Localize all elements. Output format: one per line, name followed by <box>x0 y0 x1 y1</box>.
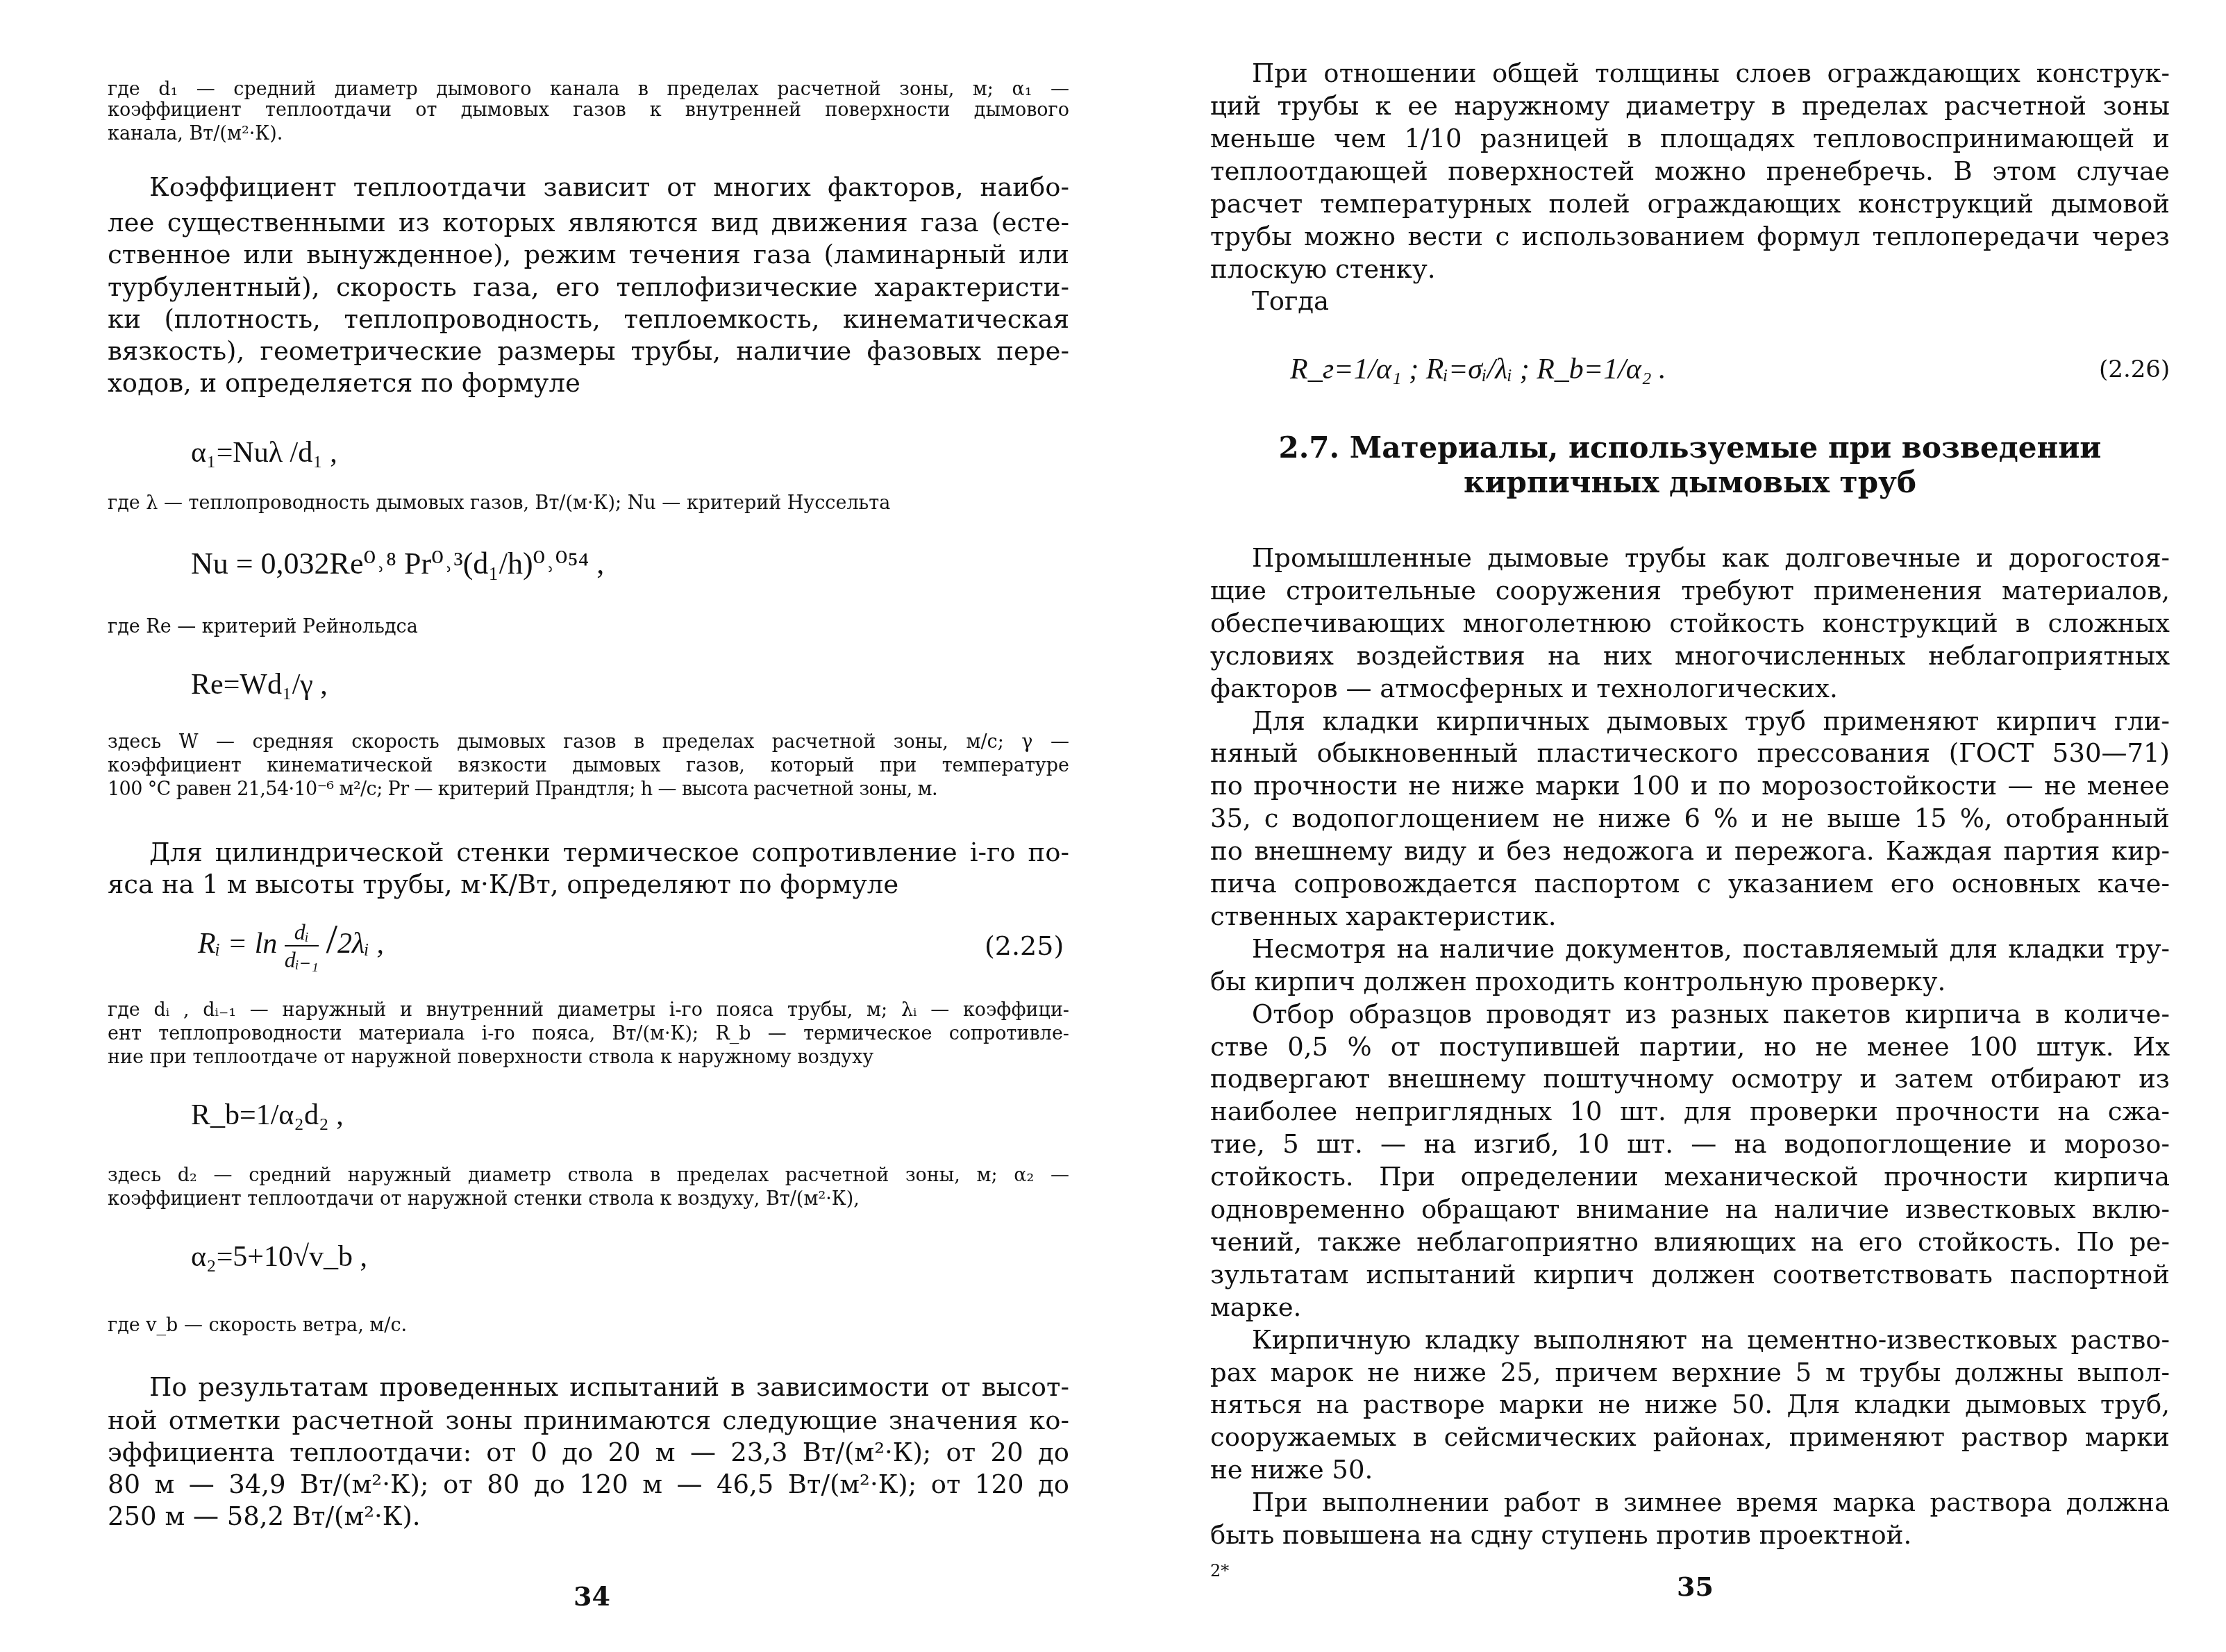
paragraph-line: По результатам проведенных испытаний в з… <box>149 1371 1069 1403</box>
note-d2-line: здесь d₂ — средний наружный диаметр ство… <box>108 1164 1069 1187</box>
paragraph-line: обеспечивающих многолетнюю стойкость кон… <box>1210 607 2170 640</box>
paragraph-line: няться на растворе марки не ниже 50. Для… <box>1210 1388 2170 1421</box>
formula-nusselt: Nu = 0,032Re⁰˒⁸ Pr⁰˒³(d₁/h)⁰˒⁰⁵⁴ , <box>191 546 604 581</box>
paragraph-line: ственное или вынужденное), режим течения… <box>108 238 1069 271</box>
note-d1-line: коэффициент теплоотдачи от дымовых газов… <box>108 99 1069 122</box>
paragraph-line: Отбор образцов проводят из разных пакето… <box>1252 998 2170 1031</box>
page-35: При отношении общей толщины слоев огражд… <box>1113 0 2226 1652</box>
paragraph-line: трубы можно вести с использованием форму… <box>1210 220 2170 253</box>
page-number: 35 <box>1677 1571 1714 1602</box>
formula-ri: Rᵢ = ln dᵢ dᵢ₋₁ /2λᵢ , <box>198 915 384 978</box>
note-w-line: 100 °С равен 21,54·10⁻⁶ м²/с; Pr — крите… <box>108 778 1069 801</box>
note-di-line: ние при теплоотдаче от наружной поверхно… <box>108 1046 873 1069</box>
paragraph-line: Кирпичную кладку выполняют на цементно-и… <box>1252 1324 2170 1356</box>
section-heading-line: кирпичных дымовых труб <box>1210 465 2170 499</box>
paragraph-line: ной отметки расчетной зоны принимаются с… <box>108 1404 1069 1437</box>
paragraph-line: чений, также неблагоприятно влияющих на … <box>1210 1226 2170 1258</box>
note-di-line: где dᵢ , dᵢ₋₁ — наружный и внутренний ди… <box>108 999 1069 1022</box>
paragraph-line: няный обыкновенный пластического прессов… <box>1210 737 2170 769</box>
paragraph-line: не ниже 50. <box>1210 1453 1373 1486</box>
paragraph-line: ходов, и определяется по формуле <box>108 367 580 399</box>
paragraph-line: щие строительные сооружения требуют прим… <box>1210 574 2170 607</box>
paragraph-line: рах марок не ниже 25, причем верхние 5 м… <box>1210 1356 2170 1389</box>
note-reynolds: где Re — критерий Рейнольдса <box>108 615 418 639</box>
paragraph-line: бы кирпич должен проходить контрольную п… <box>1210 965 1945 998</box>
paragraph-line: марке. <box>1210 1291 1301 1324</box>
paragraph-line: Для цилиндрической стенки термическое со… <box>149 836 1069 869</box>
paragraph-line: плоскую стенку. <box>1210 253 1435 285</box>
paragraph-line: условиях воздействия на них многочисленн… <box>1210 640 2170 672</box>
paragraph-line: одновременно обращают внимание на наличи… <box>1210 1193 2170 1226</box>
paragraph-line: ций трубы к ее наружному диаметру в пред… <box>1210 90 2170 122</box>
paragraph-line: Несмотря на наличие документов, поставля… <box>1252 933 2170 965</box>
paragraph-line: 35, с водопоглощением не ниже 6 % и не в… <box>1210 802 2170 835</box>
note-d2-line: коэффициент теплоотдачи от наружной стен… <box>108 1187 860 1211</box>
note-lambda: где λ — теплопроводность дымовых газов, … <box>108 492 890 515</box>
paragraph-line: по прочности не ниже марки 100 и по моро… <box>1210 769 2170 802</box>
paragraph-line: турбулентный), скорость газа, его теплоф… <box>108 271 1069 303</box>
paragraph-line: яса на 1 м высоты трубы, м·К/Вт, определ… <box>108 868 898 901</box>
note-wind-speed: где v_b — скорость ветра, м/с. <box>108 1314 407 1337</box>
paragraph-line: зультатам испытаний кирпич должен соотве… <box>1210 1258 2170 1291</box>
equation-number-2-25: (2.25) <box>985 931 1064 961</box>
note-d1-line: где d₁ — средний диаметр дымового канала… <box>108 78 1069 101</box>
paragraph-line: расчет температурных полей ограждающих к… <box>1210 187 2170 220</box>
paragraph-line: пича сопровождается паспортом с указание… <box>1210 867 2170 900</box>
paragraph-line: стойкость. При определении механической … <box>1210 1160 2170 1193</box>
paragraph-line: Тогда <box>1252 285 1329 317</box>
paragraph-line: стве 0,5 % от поступившей партии, но не … <box>1210 1031 2170 1063</box>
signature-mark: 2* <box>1210 1561 1229 1580</box>
section-heading-line: 2.7. Материалы, используемые при возведе… <box>1210 431 2170 465</box>
paragraph-line: При выполнении работ в зимнее время марк… <box>1252 1486 2170 1519</box>
paragraph-line: вязкость), геометрические размеры трубы,… <box>108 335 1069 367</box>
paragraph-line: наиболее неприглядных 10 шт. для проверк… <box>1210 1095 2170 1128</box>
paragraph-line: быть повышена на сдну ступень против про… <box>1210 1519 1911 1551</box>
paragraph-line: ки (плотность, теплопроводность, теплоем… <box>108 303 1069 335</box>
paragraph-line: 80 м — 34,9 Вт/(м²·К); от 80 до 120 м — … <box>108 1468 1069 1501</box>
note-di-line: ент теплопроводности материала i-го пояс… <box>108 1022 1069 1046</box>
paragraph-line: При отношении общей толщины слоев огражд… <box>1252 57 2170 90</box>
equation-number-2-26: (2.26) <box>2099 356 2170 383</box>
paragraph-line: тие, 5 шт. — на изгиб, 10 шт. — на водоп… <box>1210 1128 2170 1160</box>
paragraph-line: факторов — атмосферных и технологических… <box>1210 672 1838 705</box>
paragraph-line: меньше чем 1/10 разницей в площадях тепл… <box>1210 122 2170 155</box>
page-34: где d₁ — средний диаметр дымового канала… <box>0 0 1113 1652</box>
paragraph-line: 250 м — 58,2 Вт/(м²·К). <box>108 1500 421 1533</box>
formula-alpha2: α₂=5+10√v_b , <box>191 1240 367 1274</box>
formula-reynolds: Re=Wd₁/γ , <box>191 668 328 701</box>
paragraph-line: подвергают внешнему поштучному осмотру и… <box>1210 1062 2170 1095</box>
page-number: 34 <box>574 1580 610 1612</box>
paragraph-line: теплоотдающей поверхностей можно пренебр… <box>1210 155 2170 187</box>
paragraph-line: по внешнему виду и без недожога и пережо… <box>1210 835 2170 867</box>
formula-2-26: R_г=1/α₁ ; Rᵢ=σᵢ/λᵢ ; R_b=1/α₂ . <box>1290 353 1666 386</box>
note-d1-line: канала, Вт/(м²·К). <box>108 122 283 146</box>
formula-rb: R_b=1/α₂d₂ , <box>191 1099 344 1132</box>
paragraph-line: Промышленные дымовые трубы как долговечн… <box>1252 542 2170 574</box>
note-w-line: коэффициент кинематической вязкости дымо… <box>108 754 1069 778</box>
paragraph-line: сооружаемых в сейсмических районах, прим… <box>1210 1421 2170 1453</box>
note-w-line: здесь W — средняя скорость дымовых газов… <box>108 731 1069 754</box>
formula-alpha1: α₁=Nuλ /d₁ , <box>191 436 337 469</box>
paragraph-line: ственных характеристик. <box>1210 900 1557 933</box>
paragraph-line: Коэффициент теплоотдачи зависит от многи… <box>149 171 1069 203</box>
paragraph-line: лее существенными из которых являются ви… <box>108 206 1069 239</box>
paragraph-line: эффициента теплоотдачи: от 0 до 20 м — 2… <box>108 1436 1069 1469</box>
paragraph-line: Для кладки кирпичных дымовых труб примен… <box>1252 705 2170 737</box>
